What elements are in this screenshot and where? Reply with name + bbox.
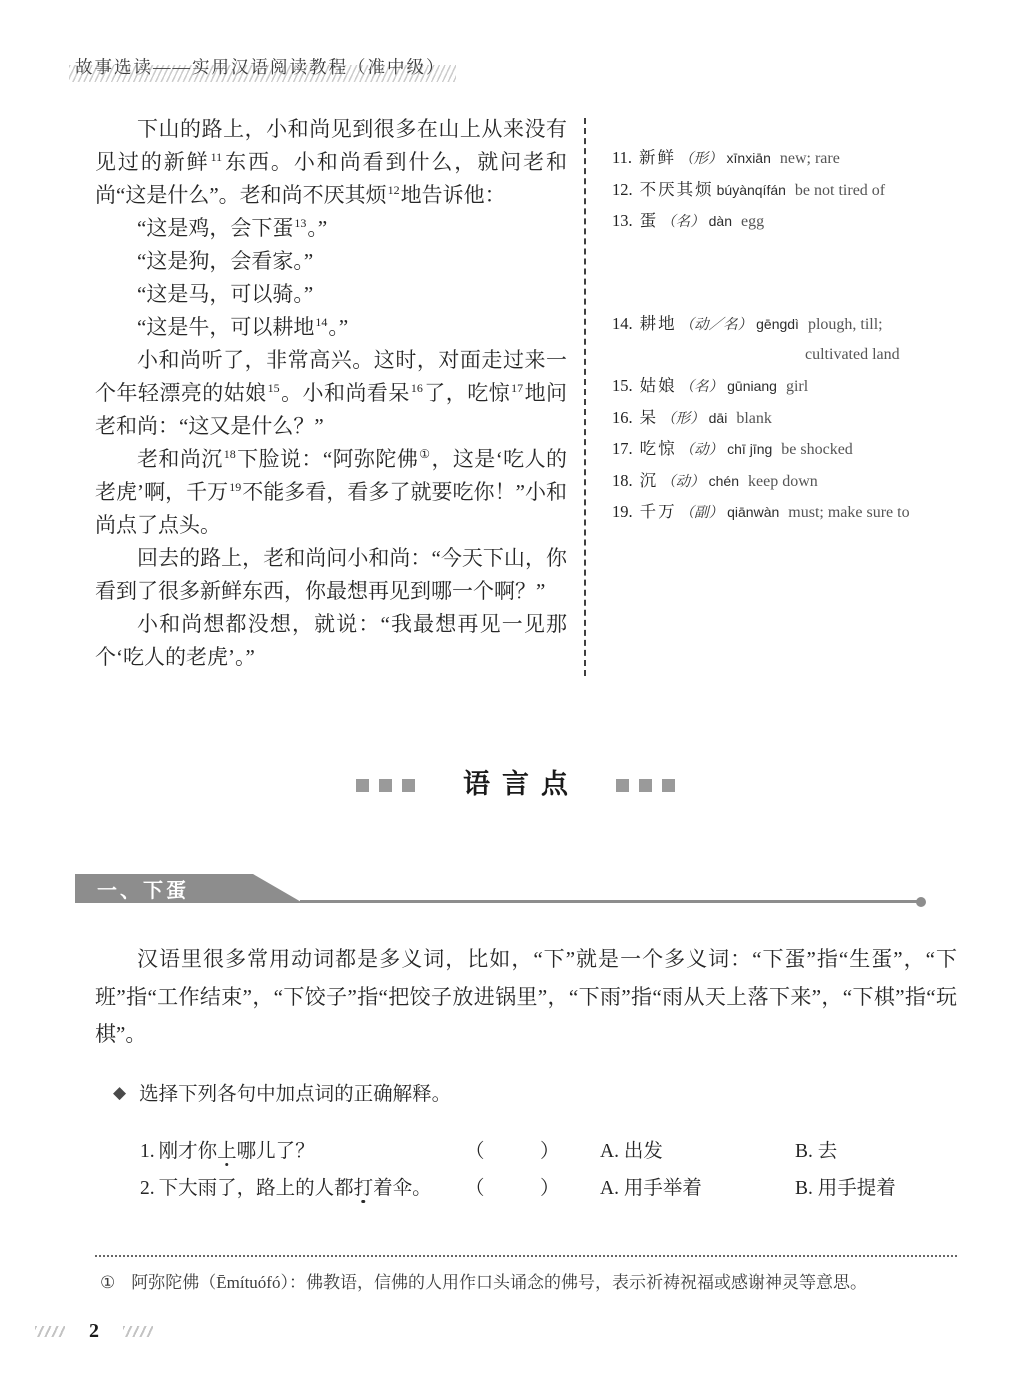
vocab-english: be not tired of	[795, 182, 885, 199]
vocab-item: 14.耕地（动／名）gēngdìplough, till;	[612, 309, 1017, 341]
vocab-pos: （名）	[680, 379, 724, 395]
superscript-ref: ①	[418, 447, 431, 461]
page-number: 2	[89, 1320, 99, 1343]
vocab-english: egg	[741, 213, 764, 230]
vocab-pos: （形）	[679, 151, 723, 167]
story-paragraph: “这是牛，可以耕地14。”	[95, 311, 567, 344]
story-paragraph: 小和尚想都没想，就说：“我最想再见一见那个‘吃人的老虎’。”	[95, 608, 567, 674]
option-a: A. 用手举着	[600, 1170, 795, 1207]
story-paragraph: 老和尚沉18下脸说：“阿弥陀佛①，这是‘吃人的老虎’啊，千万19不能多看，看多了…	[95, 443, 567, 542]
superscript-ref: 19	[228, 480, 242, 494]
superscript-ref: 18	[223, 447, 237, 461]
option-b: B. 用手提着	[795, 1170, 950, 1207]
story-paragraph: 回去的路上，老和尚问小和尚：“今天下山，你看到了很多新鲜东西，你最想再见到哪一个…	[95, 542, 567, 608]
vocab-pinyin: qiānwàn	[727, 504, 779, 520]
superscript-ref: 11	[210, 150, 224, 164]
vocab-pinyin: gēngdì	[756, 316, 799, 332]
answer-bracket: （ ）	[465, 1170, 600, 1207]
vocab-english-continuation: cultivated land	[612, 340, 1017, 371]
vocab-pinyin: dàn	[709, 213, 732, 229]
answer-bracket: （ ）	[465, 1133, 600, 1170]
vocab-english: girl	[786, 378, 808, 395]
vocab-pinyin: chén	[709, 473, 739, 489]
vocab-number: 12.	[612, 180, 633, 199]
vocab-word: 耕地	[640, 314, 677, 333]
running-head: 故事选读——实用汉语阅读教程（准中级）	[75, 54, 446, 84]
vocab-english: be shocked	[781, 441, 853, 458]
vocab-number: 13.	[612, 211, 633, 230]
vocab-word: 千万	[640, 502, 677, 521]
question-row: 2.下大雨了，路上的人都打着伞。（ ）A. 用手举着B. 用手提着	[140, 1170, 950, 1207]
vocab-english: plough, till;	[808, 316, 883, 333]
exercise-prompt-text: 选择下列各句中加点词的正确解释。	[139, 1078, 451, 1106]
vocab-pos: （名）	[661, 214, 705, 230]
vocab-word: 沉	[640, 471, 659, 490]
squares-decor-right	[616, 771, 675, 792]
story-paragraph: “这是狗，会看家。”	[95, 245, 567, 278]
story-paragraph: “这是马，可以骑。”	[95, 278, 567, 311]
vocabulary-list: 11.新鲜（形）xīnxiānnew; rare12.不厌其烦búyànqífá…	[612, 143, 1017, 529]
diamond-bullet-icon: ◆	[113, 1084, 126, 1101]
superscript-ref: 17	[510, 381, 524, 395]
vocab-pos: （副）	[680, 505, 724, 521]
vocab-word: 吃惊	[640, 439, 677, 458]
vocab-english: keep down	[748, 473, 818, 490]
language-points-heading: 语言点	[0, 762, 1031, 801]
square-icon	[662, 779, 675, 792]
vocab-word: 蛋	[640, 211, 659, 230]
vocab-pinyin: chī jīng	[727, 441, 772, 457]
vocab-pinyin: xīnxiān	[727, 150, 771, 166]
squares-decor-left	[356, 771, 415, 792]
story-paragraph: 小和尚听了，非常高兴。这时，对面走过来一个年轻漂亮的姑娘15。小和尚看呆16了，…	[95, 344, 567, 443]
column-divider	[584, 118, 586, 676]
question-text: 2.下大雨了，路上的人都打着伞。	[140, 1170, 465, 1207]
square-icon	[639, 779, 652, 792]
superscript-ref: 14	[314, 315, 328, 329]
section-title: 一、下蛋	[97, 874, 189, 903]
story-paragraph: “这是鸡，会下蛋13。”	[95, 212, 567, 245]
vocab-item: 16.呆（形）dāiblank	[612, 403, 1017, 435]
square-icon	[356, 779, 369, 792]
square-icon	[616, 779, 629, 792]
square-icon	[379, 779, 392, 792]
vocab-english: blank	[736, 410, 772, 427]
emphasized-char: 打	[354, 1178, 374, 1199]
exercise-questions: 1.刚才你上哪儿了？（ ）A. 出发B. 去2.下大雨了，路上的人都打着伞。（ …	[140, 1133, 950, 1207]
footnote: ①阿弥陀佛（Ēmítuófó）：佛教语，信佛的人用作口头诵念的佛号，表示祈祷祝福…	[100, 1268, 956, 1293]
hatch-decor-right	[123, 1326, 153, 1337]
square-icon	[402, 779, 415, 792]
footnote-marker: ①	[100, 1273, 115, 1292]
vocab-item: 11.新鲜（形）xīnxiānnew; rare	[612, 143, 1017, 175]
question-number: 2.	[140, 1178, 155, 1199]
section-rule-line	[300, 900, 922, 903]
vocab-item: 12.不厌其烦búyànqífánbe not tired of	[612, 175, 1017, 207]
vocab-item: 17.吃惊（动）chī jīngbe shocked	[612, 434, 1017, 466]
vocab-english: new; rare	[780, 150, 840, 167]
vocab-pos: （动／名）	[680, 317, 753, 333]
vocab-number: 19.	[612, 502, 633, 521]
vocab-word: 姑娘	[640, 376, 677, 395]
vocab-word: 不厌其烦	[640, 180, 714, 199]
question-row: 1.刚才你上哪儿了？（ ）A. 出发B. 去	[140, 1133, 950, 1170]
book-title: 故事选读——实用汉语阅读教程（准中级）	[75, 54, 446, 79]
emphasized-char: 上	[217, 1141, 237, 1162]
hatch-decor-left	[35, 1326, 65, 1337]
vocab-pos: （形）	[661, 411, 705, 427]
option-a: A. 出发	[600, 1133, 795, 1170]
footnote-text: 阿弥陀佛（Ēmítuófó）：佛教语，信佛的人用作口头诵念的佛号，表示祈祷祝福或…	[131, 1273, 867, 1292]
vocab-word: 新鲜	[639, 148, 676, 167]
vocab-pinyin: gūniang	[727, 378, 777, 394]
vocab-pos: （动）	[661, 474, 705, 490]
vocab-english: must; make sure to	[788, 504, 909, 521]
superscript-ref: 13	[293, 216, 307, 230]
question-text: 1.刚才你上哪儿了？	[140, 1133, 465, 1170]
page-footer: 2	[35, 1320, 153, 1343]
vocab-pinyin: dāi	[709, 410, 728, 426]
story-text: 下山的路上，小和尚见到很多在山上从来没有见过的新鲜11东西。小和尚看到什么，就问…	[95, 113, 567, 674]
vocab-pos: （动）	[680, 442, 724, 458]
vocab-item: 13.蛋（名）dànegg	[612, 206, 1017, 238]
vocab-number: 17.	[612, 439, 633, 458]
option-b: B. 去	[795, 1133, 950, 1170]
vocab-number: 11.	[612, 148, 632, 167]
question-number: 1.	[140, 1141, 155, 1162]
footnote-divider	[95, 1255, 957, 1257]
section-banner: 一、下蛋	[75, 874, 303, 903]
superscript-ref: 15	[267, 381, 281, 395]
vocab-number: 14.	[612, 314, 633, 333]
vocab-number: 15.	[612, 376, 633, 395]
story-paragraph: 下山的路上，小和尚见到很多在山上从来没有见过的新鲜11东西。小和尚看到什么，就问…	[95, 113, 567, 212]
vocab-pinyin: búyànqífán	[717, 182, 786, 198]
vocab-item: 15.姑娘（名）gūnianggirl	[612, 371, 1017, 403]
vocab-word: 呆	[640, 408, 659, 427]
vocab-number: 18.	[612, 471, 633, 490]
vocab-item: 19.千万（副）qiānwànmust; make sure to	[612, 497, 1017, 529]
exercise-prompt: ◆ 选择下列各句中加点词的正确解释。	[113, 1078, 451, 1106]
language-points-title: 语言点	[451, 762, 580, 801]
superscript-ref: 16	[410, 381, 424, 395]
intro-paragraph: 汉语里很多常用动词都是多义词，比如，“下”就是一个多义词：“下蛋”指“生蛋”，“…	[95, 941, 957, 1054]
section-rule-end-dot	[916, 897, 926, 907]
vocab-item: 18.沉（动）chénkeep down	[612, 466, 1017, 498]
vocab-number: 16.	[612, 408, 633, 427]
superscript-ref: 12	[387, 183, 401, 197]
